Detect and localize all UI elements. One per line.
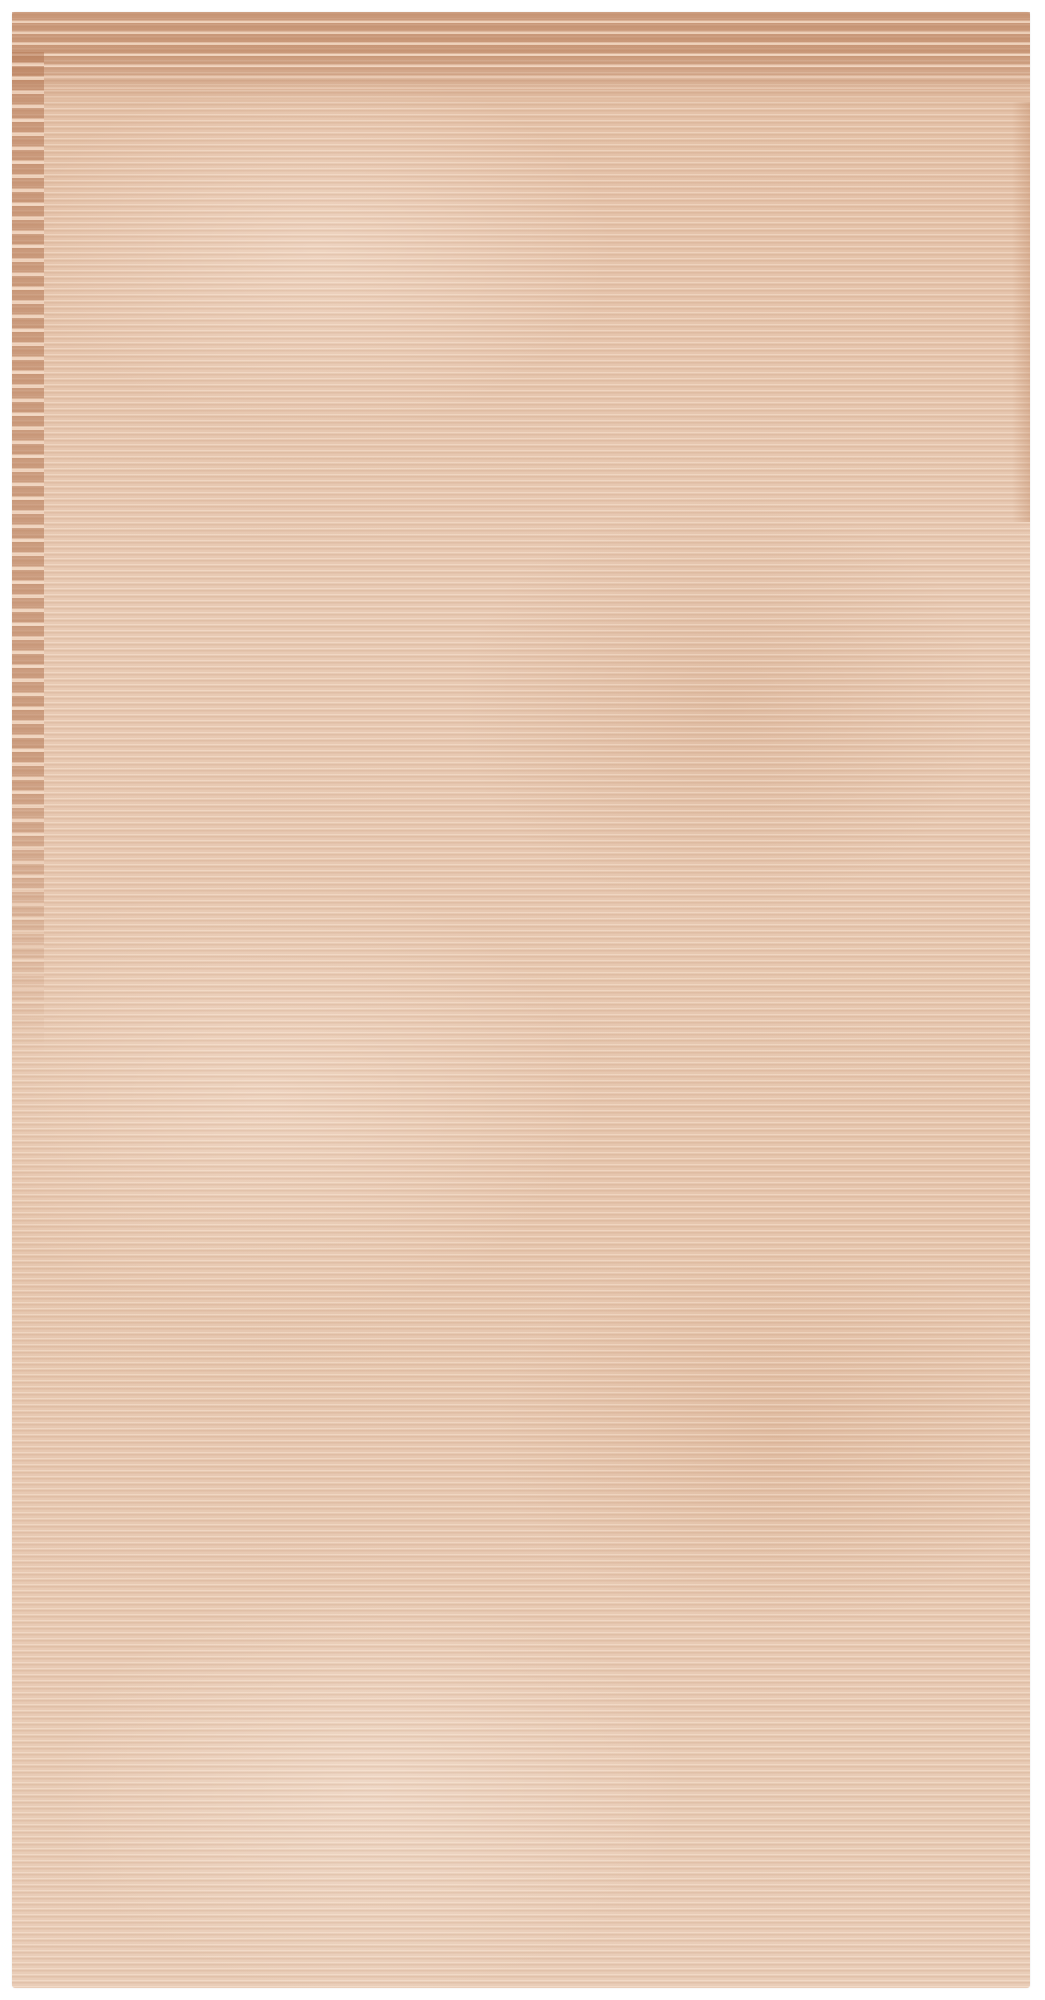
rug-photo: [12, 12, 1030, 1988]
rug-right-edge-shade: [1012, 102, 1030, 522]
rug-top-ribbed-border: [12, 12, 1030, 107]
image-canvas: [0, 0, 1045, 2000]
rug-left-ribbed-border: [12, 52, 44, 1052]
